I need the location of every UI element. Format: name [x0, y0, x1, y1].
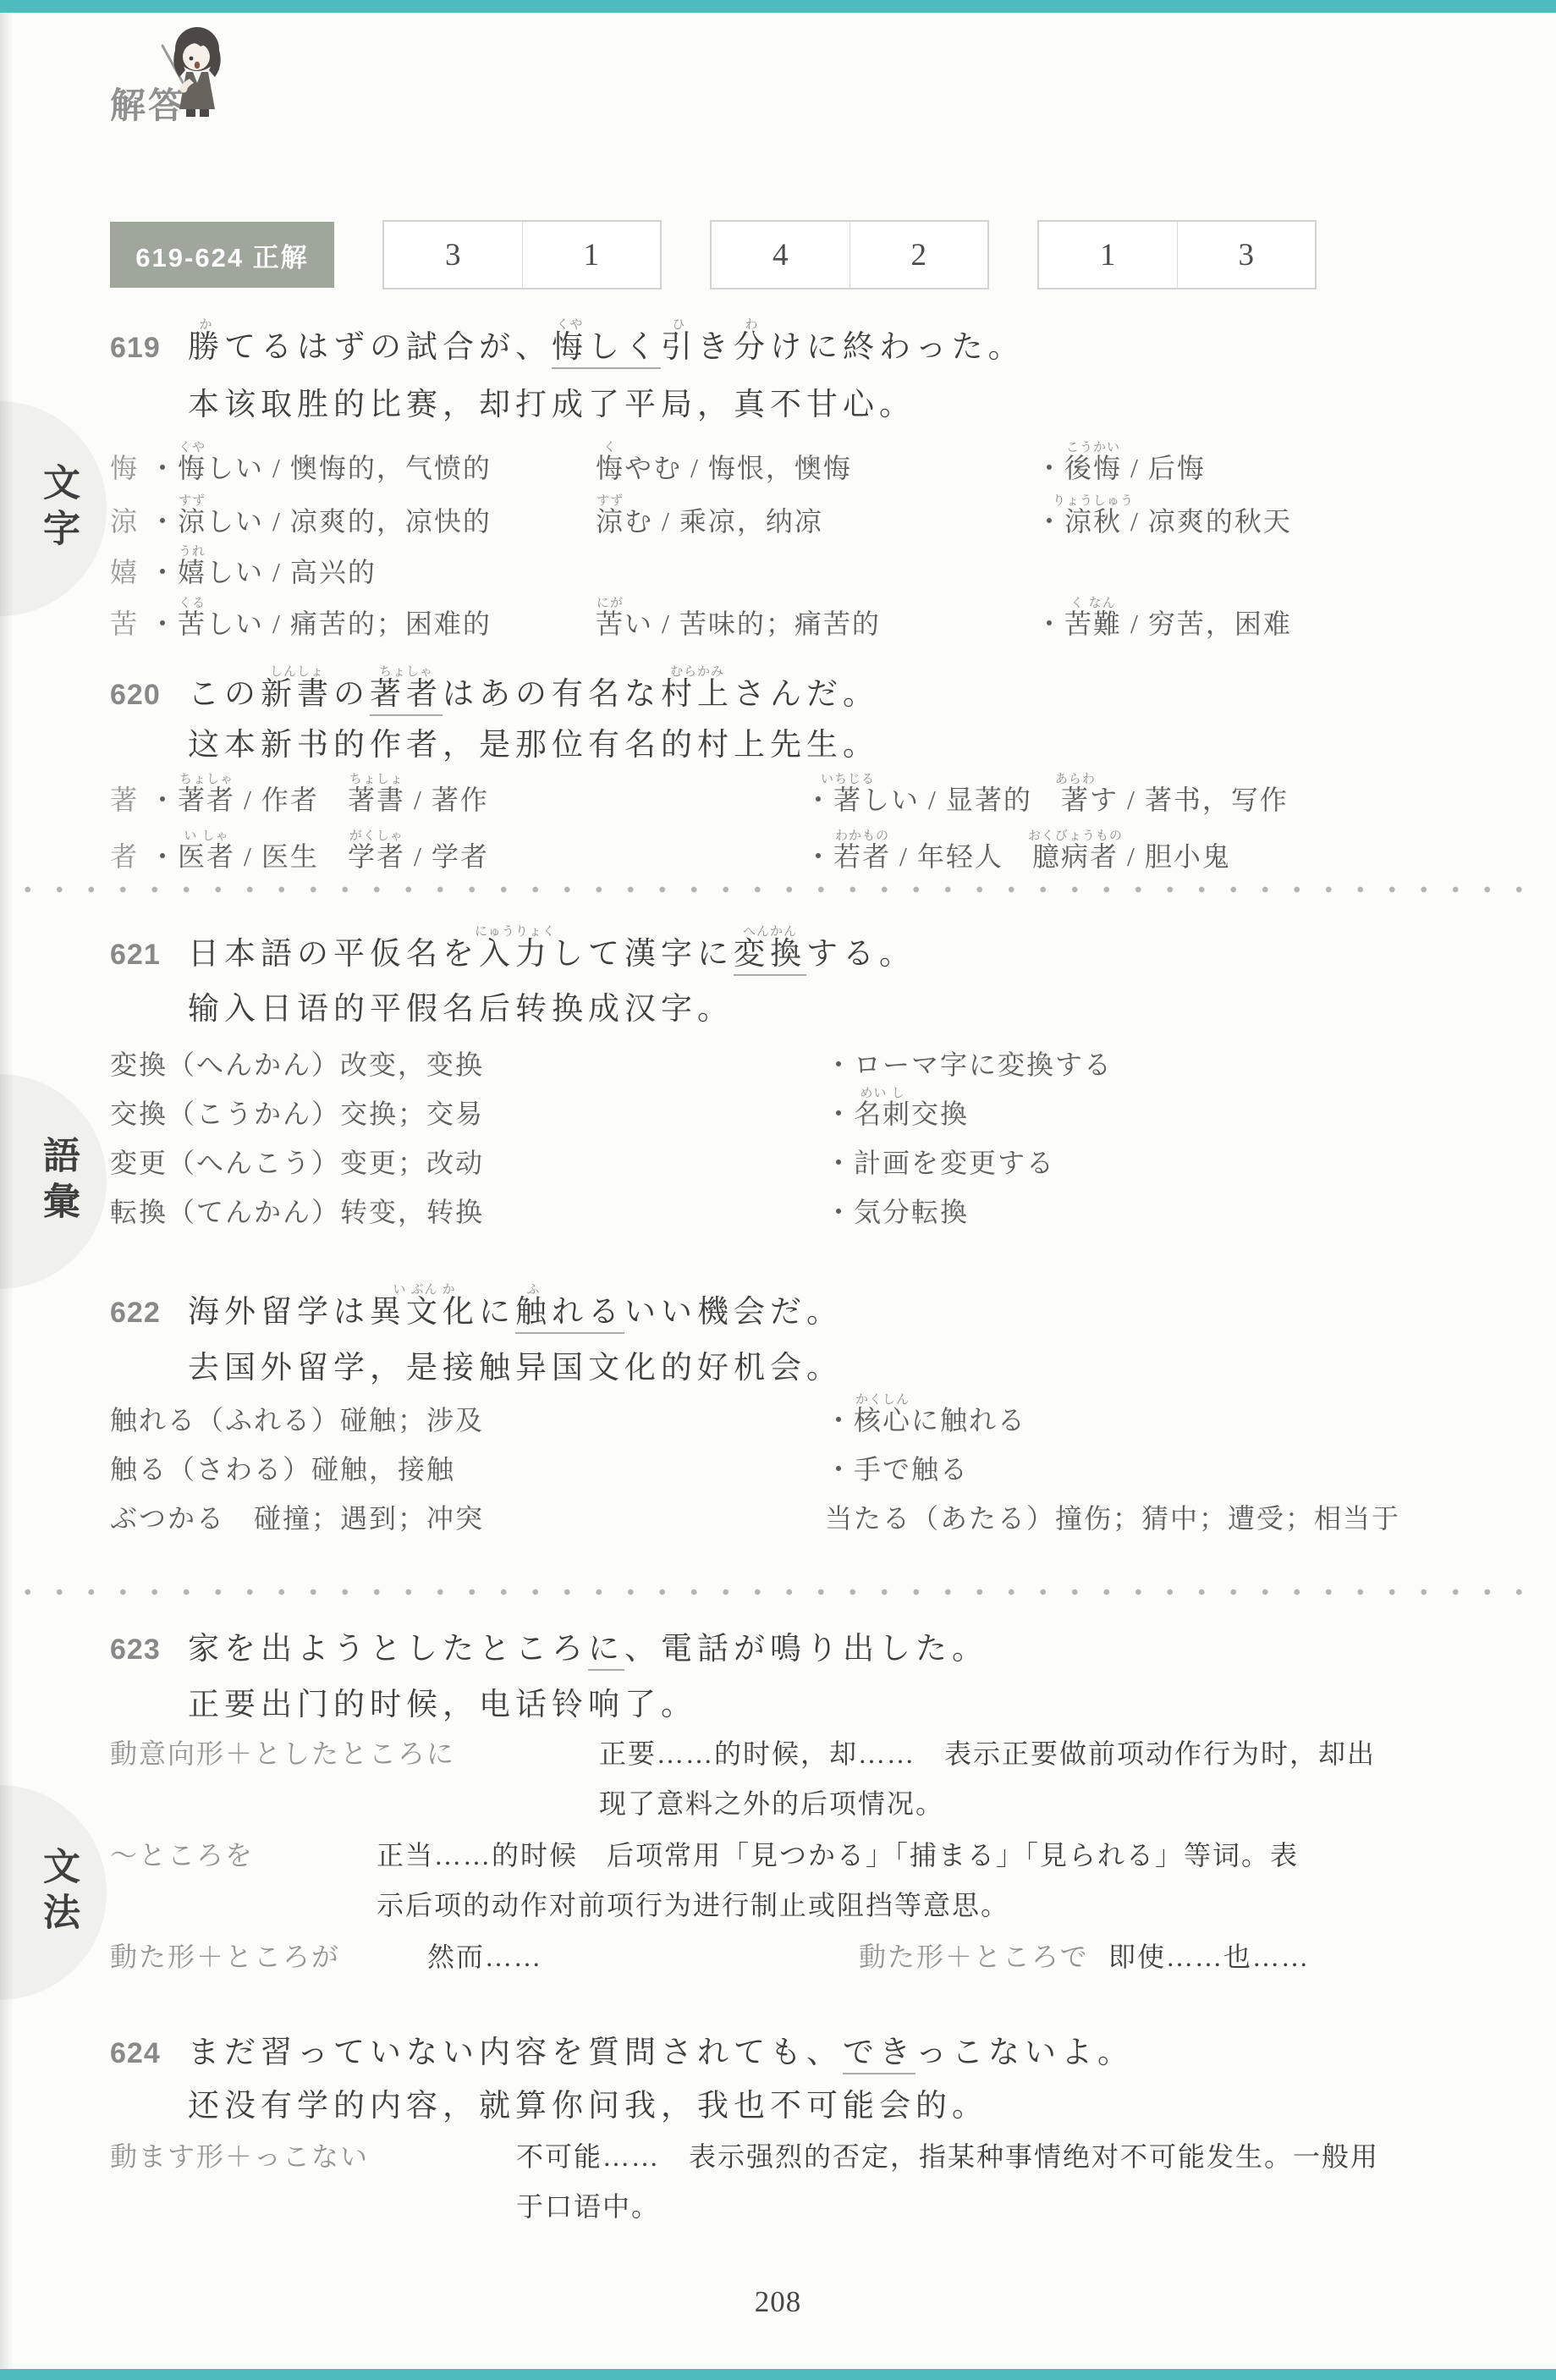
grammar-pattern-label: 動た形＋ところが: [110, 1940, 427, 1975]
grammar-explanation: 不可能…… 表示强烈的否定，指某种事情绝对不可能发生。一般用 于口语中。: [516, 2140, 1452, 2224]
textbook-answer-page: 文字 語彙 文法 解答 619-624 正解: [0, 0, 1556, 2380]
question-619-sentence: 619勝かてるはずの試合が、悔くやしく引ひき分わけに終わった。: [110, 328, 1025, 366]
grammar-pattern-label: 動ます形＋っこない: [110, 2140, 516, 2224]
question-622-translation: 去国外留学，是接触异国文化的好机会。: [110, 1349, 843, 1387]
grammar-explanation: 正要……的时候，却…… 表示正要做前项动作行为时，却出 现了意料之外的后项情况。: [599, 1737, 1452, 1821]
top-accent-bar: [0, 0, 1556, 13]
vocab-row-sha: 者 ・医者い しゃ / 医生 学者がくしゃ / 学者 ・若者わかもの / 年轻人…: [110, 840, 1452, 873]
answer-group-2: 4 2: [710, 220, 989, 289]
question-621-sentence: 621日本語の平仮名を入力にゅうりょくして漢字に変換へんかんする。: [110, 935, 915, 973]
answer-group-1: 3 1: [382, 220, 662, 289]
vocab-row-ki: 嬉 ・嬉うれしい / 高兴的: [110, 555, 1452, 589]
question-620-number: 620: [110, 678, 188, 713]
question-623-translation: 正要出门的时候，电话铃响了。: [110, 1686, 697, 1724]
grammar-explanation: 然而……: [427, 1940, 859, 1975]
question-623-number: 623: [110, 1633, 188, 1667]
bottom-accent-bar: [0, 2369, 1556, 2380]
answer-620: 1: [522, 222, 661, 288]
sidebar-tab-bunpo-label: 文法: [30, 1847, 85, 1938]
question-621-translation: 输入日语的平假名后转换成汉字。: [110, 990, 734, 1028]
question-622-japanese: 海外留学は異文化い ぶん かに触ふれるいい機会だ。: [188, 1295, 843, 1334]
grammar-explanation: 即使……也……: [1108, 1940, 1452, 1975]
question-620-sentence: 620この新書しんしょの著者ちょしゃはあの有名な村上むらかみさんだ。: [110, 675, 879, 713]
answer-621: 4: [712, 222, 849, 288]
vocab-row-cho: 著 ・著者ちょしゃ / 作者 著書ちょしょ / 著作 ・著いちじるしい / 显著…: [110, 783, 1452, 817]
answer-624: 3: [1177, 222, 1316, 288]
answer-key-strip: 619-624 正解 3 1 4 2 1 3: [110, 220, 1317, 289]
answer-key-label: 619-624 正解: [110, 222, 334, 288]
answer-623: 1: [1039, 222, 1177, 288]
grammar-row-toshita-tokoroni: 動意向形＋としたところに 正要……的时候，却…… 表示正要做前项动作行为时，却出…: [110, 1737, 1452, 1821]
sidebar-tab-bunpo: 文法: [0, 1785, 107, 2000]
vocab-row-ku: 苦 ・苦くるしい / 痛苦的；困难的 苦にがい / 苦味的；痛苦的 ・苦難く な…: [110, 607, 1452, 641]
vocab-row-kokan: 交換（こうかん）交换；交易 ・名刺めい し交換: [110, 1097, 1452, 1131]
question-620-translation: 这本新书的作者，是那位有名的村上先生。: [110, 726, 879, 764]
vocab-row-sawaru: 触る（さわる）碰触，接触 ・手で触る: [110, 1452, 1452, 1486]
page-number: 208: [0, 2285, 1556, 2319]
vocab-row-butsukaru: ぶつかる 碰撞；遇到；冲突 当たる（あたる）撞伤；猜中；遭受；相当于: [110, 1501, 1452, 1535]
question-623-sentence: 623家を出ようとしたところに、電話が鳴り出した。: [110, 1630, 988, 1668]
question-624-japanese: まだ習っていない内容を質問されても、できっこないよ。: [188, 2036, 1134, 2074]
question-624-translation: 还没有学的内容，就算你问我，我也不可能会的。: [110, 2087, 988, 2125]
grammar-row-kkonai: 動ます形＋っこない 不可能…… 表示强烈的否定，指某种事情绝对不可能发生。一般用…: [110, 2140, 1452, 2224]
vocab-row-kui: 悔 ・悔くやしい / 懊悔的，气愤的 悔くやむ / 悔恨，懊悔 ・後悔こうかい …: [110, 451, 1452, 485]
question-624-sentence: 624まだ習っていない内容を質問されても、できっこないよ。: [110, 2034, 1134, 2072]
answer-group-3: 1 3: [1037, 220, 1317, 289]
question-624-number: 624: [110, 2036, 188, 2071]
grammar-explanation: 正当……的时候 后项常用「見つかる」「捕まる」「見られる」等词。表 示后项的动作…: [377, 1838, 1452, 1923]
question-619-number: 619: [110, 331, 188, 366]
dotted-separator-1: [12, 885, 1545, 894]
grammar-pattern-label: ～ところを: [110, 1838, 377, 1923]
question-622-number: 622: [110, 1296, 188, 1330]
vocab-row-henko: 変更（へんこう）变更；改动 ・計画を変更する: [110, 1146, 1452, 1180]
vocab-row-henkan: 変換（へんかん）改变，变换 ・ローマ字に変換する: [110, 1048, 1452, 1082]
dotted-separator-2: [12, 1588, 1545, 1596]
question-623-japanese: 家を出ようとしたところに、電話が鳴り出した。: [188, 1632, 988, 1671]
answer-619: 3: [384, 222, 522, 288]
sidebar-tab-moji: 文字: [0, 401, 107, 616]
answer-622: 2: [849, 222, 988, 288]
grammar-row-tokorowo: ～ところを 正当……的时候 后项常用「見つかる」「捕まる」「見られる」等词。表 …: [110, 1838, 1452, 1923]
question-619-japanese: 勝かてるはずの試合が、悔くやしく引ひき分わけに終わった。: [188, 330, 1025, 369]
sidebar-tab-moji-label: 文字: [30, 463, 85, 554]
question-622-sentence: 622海外留学は異文化い ぶん かに触ふれるいい機会だ。: [110, 1293, 843, 1331]
question-621-number: 621: [110, 938, 188, 972]
grammar-pattern-label: 動た形＋ところで: [859, 1940, 1108, 1975]
sidebar-tab-goi: 語彙: [0, 1074, 107, 1289]
vocab-row-tenkan: 転換（てんかん）转变，转换 ・気分転換: [110, 1195, 1452, 1229]
mascot-girl-illustration: [157, 24, 238, 124]
question-620-japanese: この新書しんしょの著者ちょしゃはあの有名な村上むらかみさんだ。: [188, 677, 879, 716]
sidebar-tab-goi-label: 語彙: [30, 1136, 85, 1227]
question-619-translation: 本该取胜的比赛，却打成了平局，真不甘心。: [110, 386, 915, 424]
vocab-row-ryo: 涼 ・涼すずしい / 凉爽的，凉快的 涼すずむ / 乘凉，纳凉 ・涼秋りょうしゅ…: [110, 504, 1452, 538]
grammar-pattern-label: 動意向形＋としたところに: [110, 1737, 599, 1821]
vocab-row-fureru: 触れる（ふれる）碰触；涉及 ・核心かくしんに触れる: [110, 1403, 1452, 1437]
grammar-row-tokoroga-tokorode: 動た形＋ところが 然而…… 動た形＋ところで 即使……也……: [110, 1940, 1452, 1975]
question-621-japanese: 日本語の平仮名を入力にゅうりょくして漢字に変換へんかんする。: [188, 937, 915, 976]
